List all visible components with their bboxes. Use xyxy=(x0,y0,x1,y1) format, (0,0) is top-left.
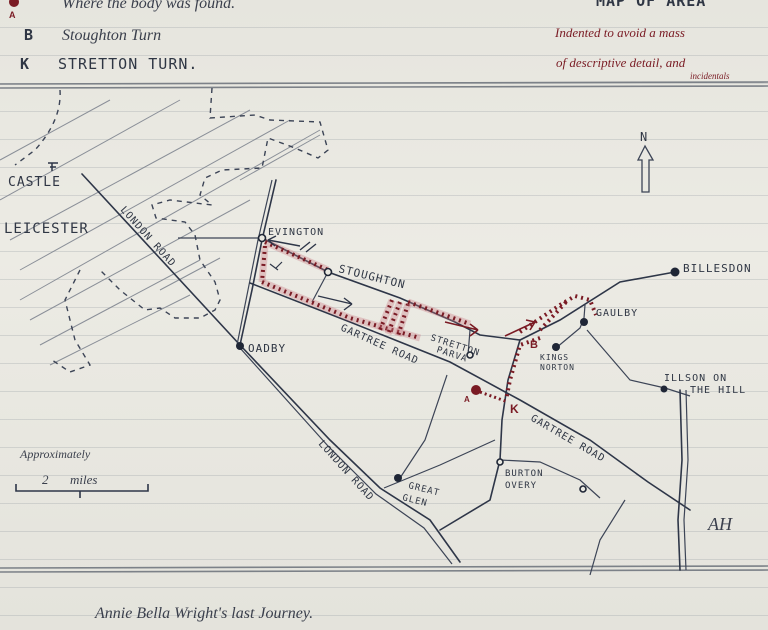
town-great-glen xyxy=(394,474,402,482)
map-header: MAP OF AREA Indented to avoid a mass of … xyxy=(554,0,730,81)
scale-bar: Approximately 2 miles xyxy=(16,447,148,498)
burton-overy-road xyxy=(500,460,600,498)
scale-unit: miles xyxy=(70,472,97,487)
illston-road xyxy=(678,390,682,570)
scale-label: Approximately xyxy=(19,447,91,461)
southeast-road xyxy=(590,500,625,575)
north-arrow-icon xyxy=(638,146,653,192)
town-illston xyxy=(661,386,668,393)
marker-a: A xyxy=(464,395,470,404)
place-illston-2: THE HILL xyxy=(690,385,746,396)
footer-caption: Annie Bella Wright's last Journey. xyxy=(94,605,313,622)
town-kings-norton xyxy=(552,343,560,351)
place-gaulby: GAULBY xyxy=(596,308,638,319)
north-label: N xyxy=(640,130,648,144)
scale-value: 2 xyxy=(42,472,49,487)
illston-road-edge xyxy=(684,390,688,570)
town-gaulby xyxy=(580,318,588,326)
map-title: MAP OF AREA xyxy=(596,0,706,10)
map-sheet: A Where the body was found. B Stoughton … xyxy=(0,0,768,630)
place-evington: EVINGTON xyxy=(268,227,324,238)
place-burton-overy-1: BURTON xyxy=(505,469,544,479)
great-glen-north-road xyxy=(400,375,447,478)
header-note-line3: incidentals xyxy=(690,71,730,81)
boundary-line xyxy=(15,90,60,165)
small-arrow-icon xyxy=(270,262,282,270)
marker-k: K xyxy=(510,402,519,416)
place-great-glen-2: GLEN xyxy=(401,493,428,509)
header-note-line2: of descriptive detail, and xyxy=(556,55,686,70)
place-castle: CASTLE xyxy=(8,175,61,190)
marker-a-dot-icon xyxy=(471,385,481,395)
body-found-dot-icon xyxy=(9,0,19,7)
footer-rule-2 xyxy=(0,570,768,572)
town-oadby xyxy=(236,342,244,350)
footer-rule xyxy=(0,566,768,568)
north-arrow: N xyxy=(638,130,653,192)
place-kings-norton-2: NORTON xyxy=(540,363,575,372)
town-unnamed xyxy=(580,486,586,492)
legend-text-k: STRETTON TURN. xyxy=(58,55,198,73)
header-rule xyxy=(0,82,768,84)
legend-symbol-k: K xyxy=(20,55,30,73)
kings-norton-south-road xyxy=(440,340,520,530)
town-stoughton xyxy=(325,269,332,276)
town-evington xyxy=(259,235,266,242)
legend-text-b: Stoughton Turn xyxy=(62,27,161,44)
legend-symbol-a: A xyxy=(9,10,16,20)
marker-b: B xyxy=(530,339,538,351)
legend-symbol-b: B xyxy=(24,26,34,44)
route-arrow-icon xyxy=(505,320,535,336)
victim-route xyxy=(262,242,596,400)
header-note-line1: Indented to avoid a mass xyxy=(554,25,685,40)
boundary-line xyxy=(100,88,328,318)
place-leicester: LEICESTER xyxy=(4,221,89,237)
kings-norton-road xyxy=(556,318,584,348)
signature: AH xyxy=(707,514,733,534)
place-oadby: OADBY xyxy=(248,342,286,355)
place-burton-overy-2: OVERY xyxy=(505,481,537,491)
place-kings-norton-1: KINGS xyxy=(540,353,569,362)
town-billesdon xyxy=(671,268,680,277)
castle-icon xyxy=(48,163,58,171)
place-billesdon: BILLESDON xyxy=(683,262,752,275)
legend-text-a: Where the body was found. xyxy=(62,0,235,12)
legend: A Where the body was found. B Stoughton … xyxy=(9,0,235,73)
evington-road xyxy=(240,180,276,345)
gaulby-illston-road xyxy=(587,330,690,396)
town-burton-overy xyxy=(497,459,503,465)
road-label-gartree-lower: GARTREE ROAD xyxy=(529,413,607,465)
gaulby-link xyxy=(584,305,585,318)
header-rule-2 xyxy=(0,86,768,88)
road-label-london-lower: LONDON ROAD xyxy=(316,439,376,504)
road-label-london-upper: LONDON ROAD xyxy=(118,205,178,270)
place-illston-1: ILLSON ON xyxy=(664,373,727,384)
